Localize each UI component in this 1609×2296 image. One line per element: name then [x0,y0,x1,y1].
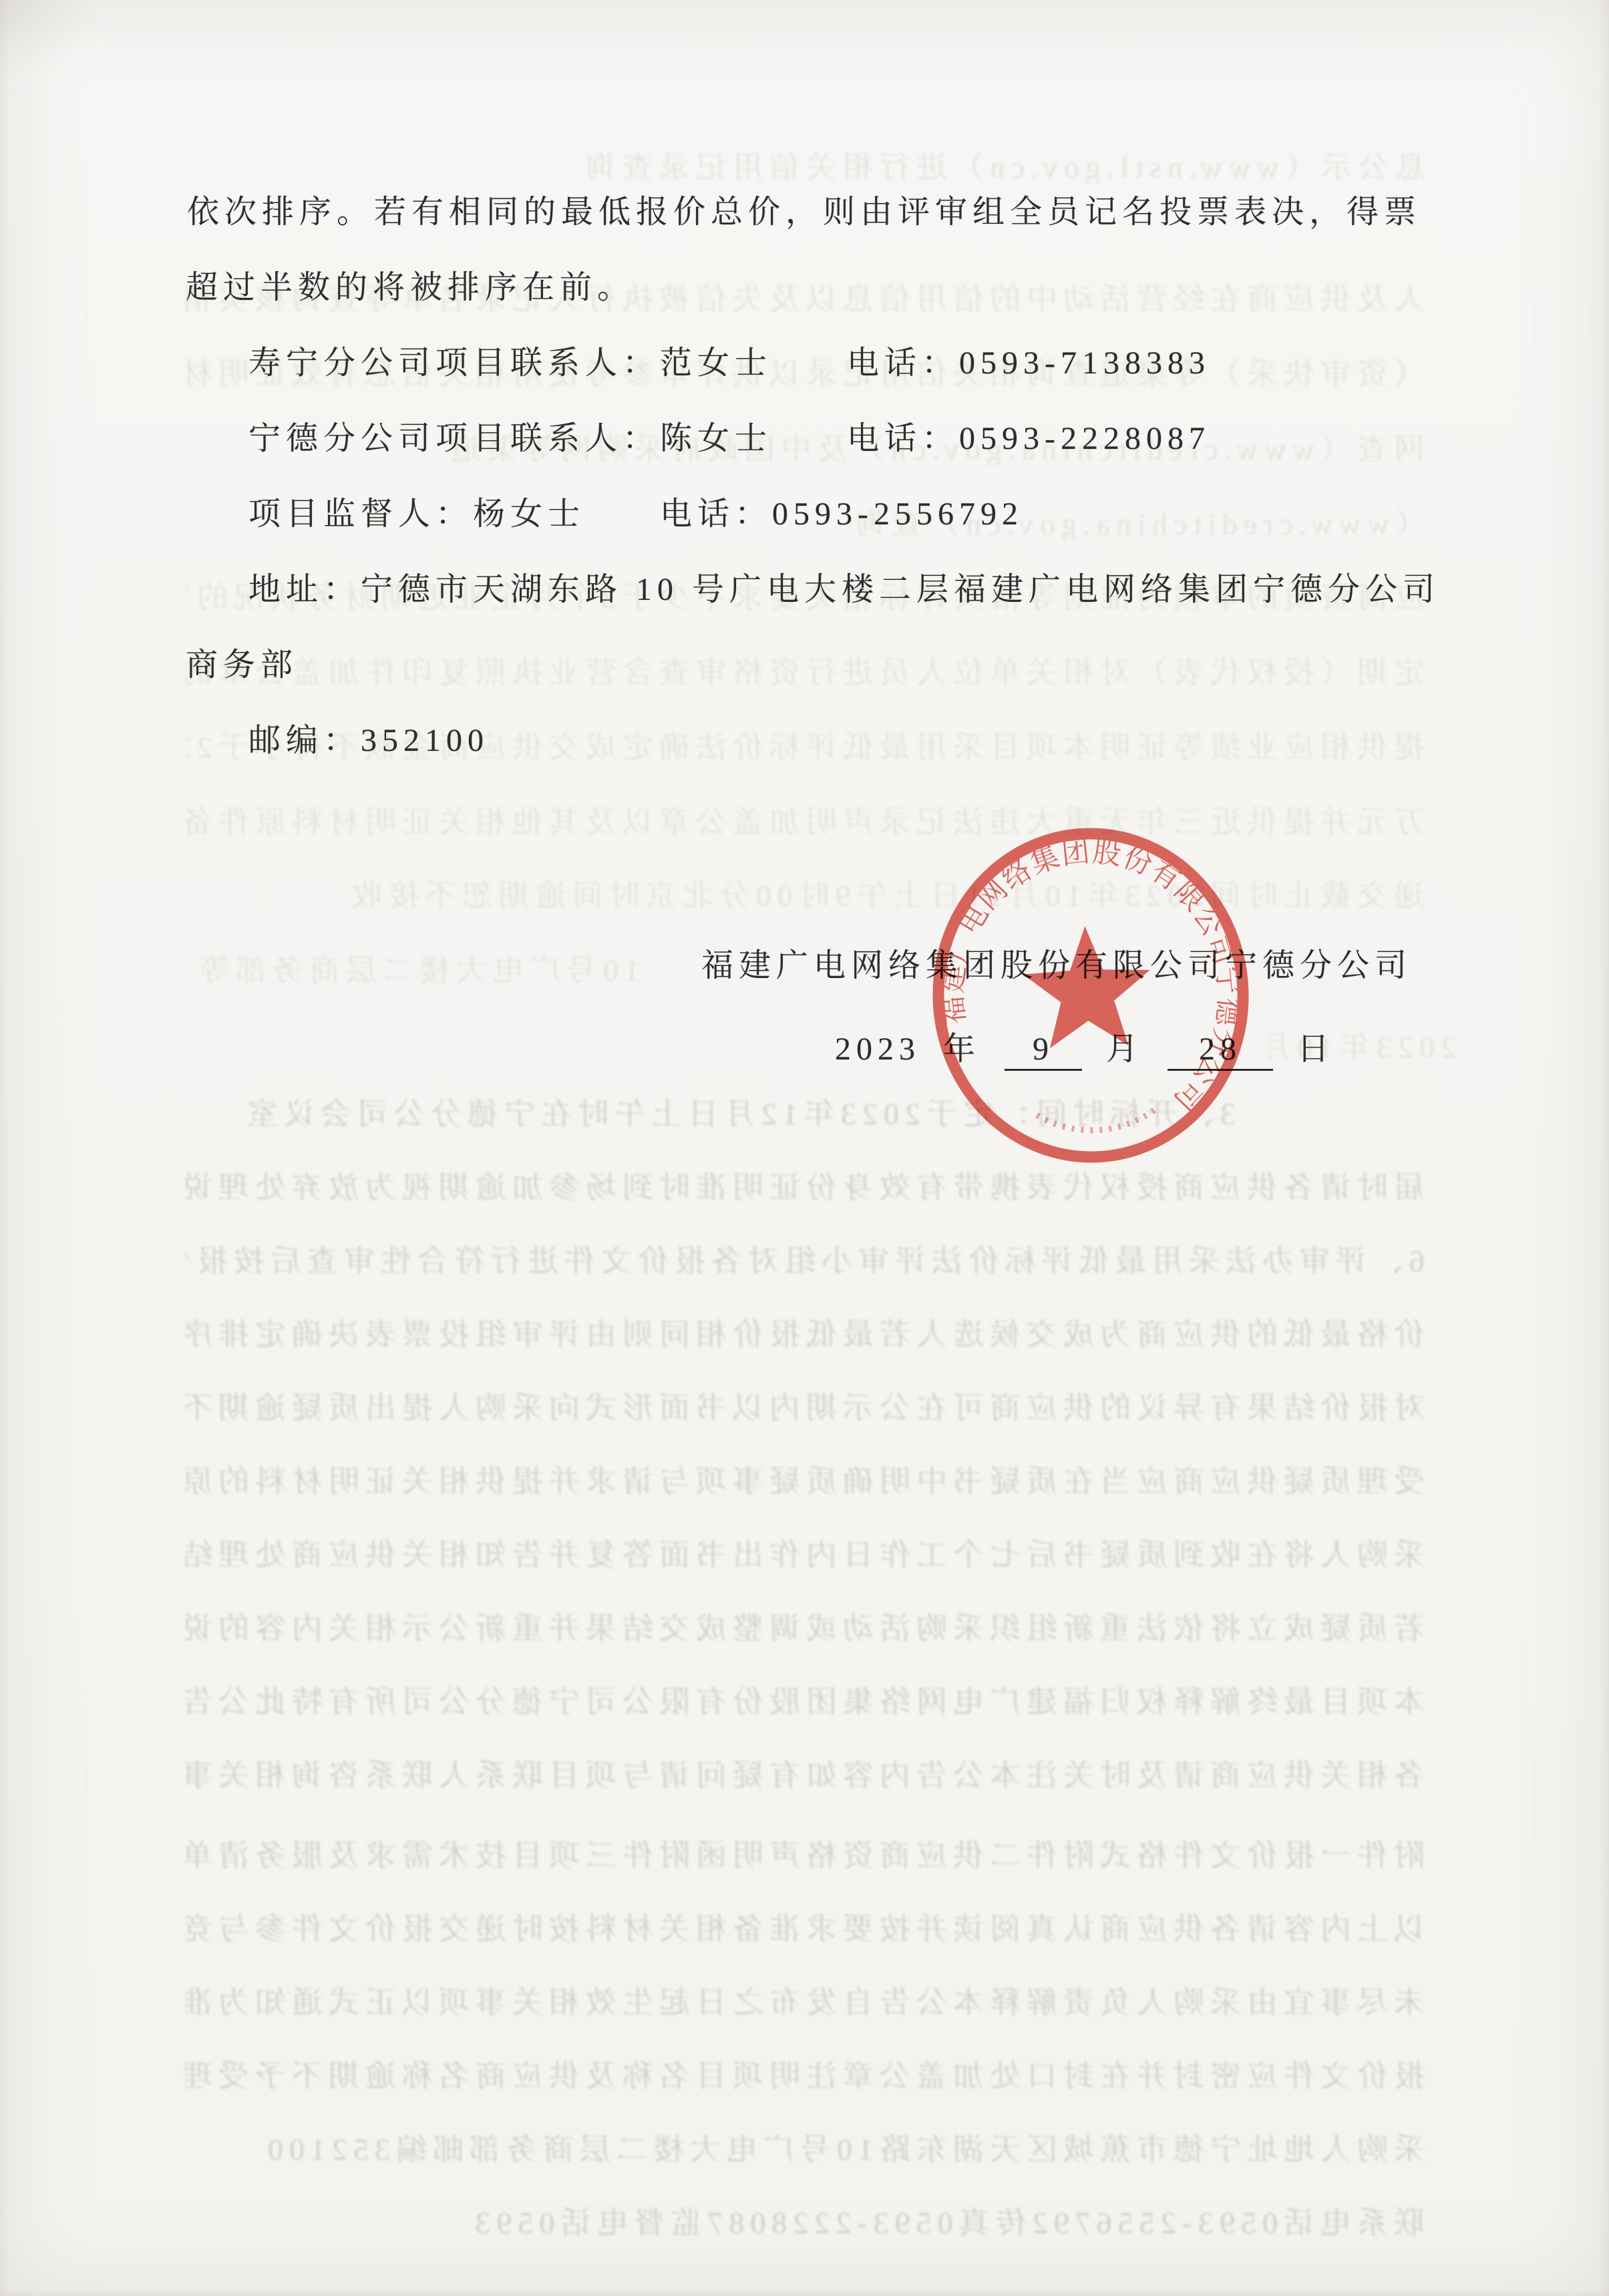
postal-code-line: 邮编：352100 [248,722,489,759]
bleed-through-line: 未尽事宜由采购人负责解释本公告自发布之日起生效相关事项以正式通知为准的 [186,1987,1425,2018]
bleed-through-line: 价格最低的供应商为成交候选人若最低报价相同则由评审组投票表决确定排序等 [186,1319,1425,1350]
date-line: 2023 年 9 月 28 日 [835,1031,1334,1071]
bleed-through-line: 6、评审办法采用最低评标价法评审小组对各报价文件进行符合性审查后按报价 [186,1246,1425,1277]
contact-shouning: 寿宁分公司项目联系人：范女士 电话：0593-7138383 [248,345,1210,381]
bleed-through-line: 联系电话0593-2556792传真0593-2228087监督电话0593 [186,2208,1425,2239]
bleed-through-line: 10号广电大楼二层商务部等 [186,955,640,986]
bleed-through-line: 采购人地址宁德市蕉城区天湖东路10号广电大楼二层商务部邮编352100 [186,2134,1425,2165]
body-line-1: 依次排序。若有相同的最低报价总价，则由评审组全员记名投票表决，得票 [187,194,1421,230]
seal-serial-marks [1035,1110,1155,1132]
address-line-1: 地址：宁德市天湖东路 10 号广电大楼二层福建广电网络集团宁德分公司 [248,571,1440,608]
seal-group: 福建广电网络集团股份有限公司宁德分公司 [930,828,1251,1162]
bleed-through-line: 报价文件应密封并在封口处加盖公章注明项目名称及供应商名称逾期不予受理等 [186,2061,1425,2092]
bleed-through-line: 采购人将在收到质疑书后七个工作日内作出书面答复并告知相关供应商处理结果 [186,1540,1425,1571]
bleed-through-line: 3、开标时间：定于2023年12月日上午时在宁德分公司会议室统一开标等 [247,1099,1236,1130]
bleed-through-line: 万元并提供近三年无重大违法记录声明加盖公章以及其他相关证明材料原件备查 [186,807,1425,838]
bleed-through-line: 附件一报价文件格式附件二供应商资格声明函附件三项目技术需求及服务清单等 [186,1840,1425,1871]
date-day: 28 [1168,1031,1273,1071]
date-month-label: 月 [1106,1031,1143,1068]
date-year-label: 年 [943,1031,980,1068]
date-day-label: 日 [1297,1031,1334,1068]
bleed-through-line: 定期（授权代表）对相关单位人员进行资格审查含营业执照复印件加盖公章的等 [186,657,1425,688]
bleed-through-line: 对报价结果有异议的供应商可在公示期内以书面形式向采购人提出质疑逾期不予 [186,1393,1425,1424]
bleed-through-line: 递交截止时间2023年10月11日上午9时00分北京时间逾期恕不接收 [186,880,1425,911]
bleed-through-line: 本项目最终解释权归福建广电网络集团股份有限公司宁德分公司所有特此公告之 [186,1687,1425,1717]
bleed-through-line: 各相关供应商请及时关注本公告内容如有疑问请与项目联系人联系咨询相关事宜 [186,1760,1425,1791]
date-year: 2023 [835,1031,920,1068]
date-month: 9 [1005,1031,1082,1071]
bleed-through-line: 息公示（www.nstl.gov.cn）进行相关信用记录查询确认供应商资质 [588,152,1426,183]
address-line-2: 商务部 [186,647,298,683]
bleed-through-line: 受理质疑供应商应当在质疑书中明确质疑事项与请求并提供相关证明材料的原件 [186,1466,1425,1497]
signature-company: 福建广电网络集团股份有限公司宁德分公司 [701,947,1412,984]
bleed-through-line: 若质疑成立将依法重新组织采购活动或调整成交结果并重新公示相关内容的说明 [186,1613,1425,1644]
bleed-through-line: 以上内容请各供应商认真阅读并按要求准备相关材料按时递交报价文件参与竞价 [186,1914,1425,1945]
scanned-document-page: 息公示（www.nstl.gov.cn）进行相关信用记录查询确认供应商资质 人及… [0,0,1609,2296]
seal-ring [933,828,1249,1162]
official-seal: 福建广电网络集团股份有限公司宁德分公司 [925,820,1259,1174]
body-line-2: 超过半数的将被排序在前。 [186,269,635,306]
contact-ningde: 宁德分公司项目联系人：陈女士 电话：0593-2228087 [248,420,1210,457]
bleed-through-line: 届时请各供应商授权代表携带有效身份证明准时到场参加逾期视为放弃处理说明 [186,1172,1425,1203]
supervisor-line: 项目监督人：杨女士 电话：0593-2556792 [248,496,1023,532]
